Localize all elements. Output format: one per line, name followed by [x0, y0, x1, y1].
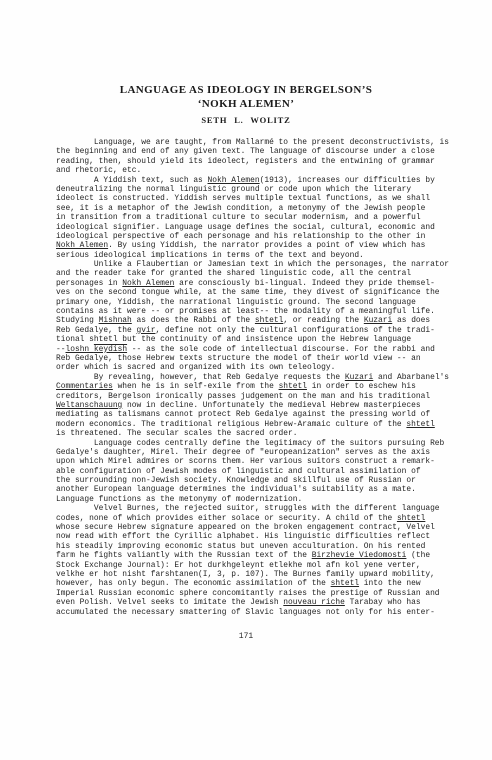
text-line: Stock Exchange Journal): Er hot durkhgel…	[56, 561, 448, 570]
underlined-term: loshn	[65, 345, 93, 354]
text-line: creditors, Bergelson ironically passes j…	[56, 392, 448, 401]
text-line: Imperial Russian economic sphere concomi…	[56, 589, 448, 598]
body-text: Language, we are taught, from Mallarmé t…	[56, 138, 448, 617]
text-line: accumulated the necessary smattering of …	[56, 608, 448, 617]
underlined-term: shtetl	[255, 316, 283, 325]
text-line: By revealing, however, that Reb Gedalye …	[56, 373, 448, 382]
underlined-term: shtetl	[279, 382, 307, 391]
text-line: serious ideological implications in term…	[56, 251, 448, 260]
text-line: in transition from a traditional culture…	[56, 213, 448, 222]
text-line: modern economics. The traditional religi…	[56, 420, 448, 429]
text-line: Language codes centrally define the legi…	[56, 439, 448, 448]
underlined-term: shtetl	[406, 420, 434, 429]
text-line: primary one, Yiddish, the narrational li…	[56, 298, 448, 307]
text-line: Weltanschauung now in decline. Unfortuna…	[56, 401, 448, 410]
text-line: however, has only begun. The economic as…	[56, 579, 448, 588]
text-line: ideological perspective of each personag…	[56, 232, 448, 241]
text-line: velkhe er hot nisht farshtanen(I, 3, p. …	[56, 570, 448, 579]
text-line: his steadily improving economic status b…	[56, 542, 448, 551]
text-line: and the reader take for granted the shar…	[56, 269, 448, 278]
underlined-term: Nokh Alemen	[208, 176, 260, 185]
underlined-term: Nokh Alemen	[56, 241, 108, 250]
text-line: farm he fights valiantly with the Russia…	[56, 551, 448, 560]
page-title: LANGUAGE AS IDEOLOGY IN BERGELSON’S	[0, 84, 492, 96]
text-line: Velvel Burnes, the rejected suitor, stru…	[56, 504, 448, 513]
page-subtitle: ‘NOKH ALEMEN’	[0, 98, 492, 110]
underlined-term: Weltanschauung	[56, 401, 122, 410]
text-line: ideological signifier. Language usage de…	[56, 223, 448, 232]
text-line: Language, we are taught, from Mallarmé t…	[56, 138, 448, 147]
overlined-underlined-term: keydish	[94, 345, 127, 354]
underlined-term: Mishnah	[99, 316, 132, 325]
text-line: able configuration of Jewish modes of li…	[56, 467, 448, 476]
text-line: Nokh Alemen. By using Yiddish, the narra…	[56, 241, 448, 250]
title-block: LANGUAGE AS IDEOLOGY IN BERGELSON’S ‘NOK…	[0, 0, 492, 125]
underlined-term: nouveau riche	[283, 598, 345, 607]
text-line: whose secure Hebrew signature appeared o…	[56, 523, 448, 532]
text-line: upon which Mirel admires or scorns them.…	[56, 457, 448, 466]
text-line: --loshn keydish -- as the sole code of i…	[56, 345, 448, 354]
text-line: the beginning and end of any given text.…	[56, 147, 448, 156]
author-name: SETH L. WOLITZ	[0, 115, 492, 125]
underlined-term: Commentaries	[56, 382, 113, 391]
text-line: the surrounding non-Jewish society. Know…	[56, 476, 448, 485]
scanned-paper-page: LANGUAGE AS IDEOLOGY IN BERGELSON’S ‘NOK…	[0, 0, 492, 760]
text-line: is threatened. The secular scales the sa…	[56, 429, 448, 438]
underlined-term: Kuzari	[364, 316, 392, 325]
text-line: reading, then, should yield its ideolect…	[56, 157, 448, 166]
text-line: now read with effort the Cyrillic alphab…	[56, 532, 448, 541]
text-line: another European language determines the…	[56, 485, 448, 494]
text-line: Reb Gedalye, the gvir, define not only t…	[56, 326, 448, 335]
text-line: A Yiddish text, such as Nokh Alemen(1913…	[56, 176, 448, 185]
text-line: ideolect is constructed. Yiddish serves …	[56, 194, 448, 203]
underlined-term: Birzhevie Viedomosti	[312, 551, 407, 560]
text-line: Reb Gedalye, those Hebrew texts structur…	[56, 354, 448, 363]
text-line: deneutralizing the normal linguistic gro…	[56, 185, 448, 194]
text-line: mediating as talismans cannot protect Re…	[56, 410, 448, 419]
text-line: and rhetoric, etc.	[56, 166, 448, 175]
text-line: Gedalye's daughter, Mirel. Their degree …	[56, 448, 448, 457]
underlined-term: Kuzari	[345, 373, 373, 382]
text-line: tional shtetl but the continuity of and …	[56, 335, 448, 344]
text-line: ves on the second tongue while, at the s…	[56, 288, 448, 297]
text-line: Unlike a Flaubertian or Jamesian text in…	[56, 260, 448, 269]
text-line: codes, none of which provides either sol…	[56, 514, 448, 523]
text-line: contains as it were -- or promises at le…	[56, 307, 448, 316]
underlined-term: Nokh Alemen	[122, 279, 174, 288]
underlined-term: gvir	[137, 326, 156, 335]
text-line: Language functions as the metonymy of mo…	[56, 495, 448, 504]
text-line: Commentaries when he is in self-exile fr…	[56, 382, 448, 391]
text-line: personages in Nokh Alemen are consciousl…	[56, 279, 448, 288]
text-line: order which is sacred and organized with…	[56, 363, 448, 372]
underlined-term: shtetl	[397, 514, 425, 523]
underlined-term: shtetl	[331, 579, 359, 588]
text-line: even Polish. Velvel seeks to imitate the…	[56, 598, 448, 607]
text-line: Studying Mishnah as does the Rabbi of th…	[56, 316, 448, 325]
text-line: see, it is a metaphor of the Jewish cond…	[56, 204, 448, 213]
page-number: 171	[0, 632, 492, 641]
